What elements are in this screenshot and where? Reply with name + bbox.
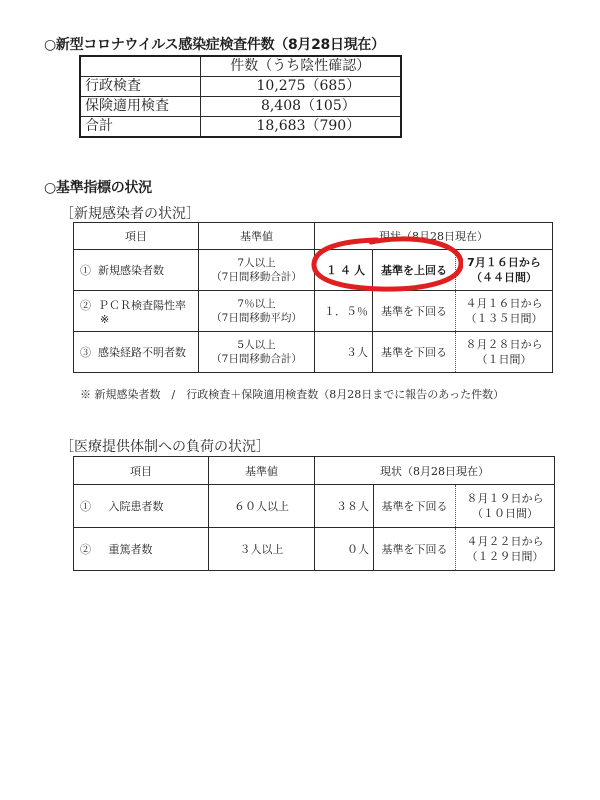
status-label: 基準を下回る xyxy=(373,291,456,332)
current-value: １４人 xyxy=(315,250,373,291)
status-label: 基準を上回る xyxy=(373,250,456,291)
header-standard: 基準値 xyxy=(199,223,315,250)
table-row: 合計 18,683（790） xyxy=(80,117,401,138)
since-cell: ４月２２日から （１２９日間） xyxy=(456,528,555,571)
table-header-row: 項目 基準値 現状（8月28日現在） xyxy=(74,223,553,250)
item-cell: ② ＰＣＲ検査陽性率 ※ xyxy=(74,291,199,332)
table-row: ③ 感染経路不明者数 5人以上 （7日間移動合計） ３人 基準を下回る ８月２８… xyxy=(74,332,553,373)
row-value-admin-test: 10,275（685） xyxy=(200,77,401,97)
item-label: 新規感染者数 xyxy=(98,264,164,277)
standard-note: （7日間移動合計） xyxy=(199,352,314,366)
standard-value: ３人以上 xyxy=(209,528,315,571)
item-cell: ① 入院患者数 xyxy=(74,485,209,528)
section-title-test-counts: ○新型コロナウイルス感染症検査件数（8月28日現在） xyxy=(44,34,385,54)
row-label-insurance-test: 保険適用検査 xyxy=(80,97,200,117)
table-row: ① 入院患者数 ６０人以上 ３８人 基準を下回る ８月１９日から （１０日間） xyxy=(74,485,555,528)
header-item: 項目 xyxy=(74,223,199,250)
since-duration: （１３５日間） xyxy=(456,311,552,326)
status-label: 基準を下回る xyxy=(374,485,456,528)
since-date: 7月１６日から xyxy=(456,255,552,270)
header-current: 現状（8月28日現在） xyxy=(315,223,553,250)
medical-load-table: 項目 基準値 現状（8月28日現在） ① 入院患者数 ６０人以上 ３８人 基準を… xyxy=(73,456,555,571)
standard-value: 7％以上 xyxy=(199,297,314,311)
item-label: ＰＣＲ検査陽性率 xyxy=(98,299,186,312)
since-date: ４月２２日から xyxy=(456,534,554,549)
row-number: ② xyxy=(80,543,91,556)
standard-note: （7日間移動平均） xyxy=(199,311,314,325)
section-title-indicators: ○基準指標の状況 xyxy=(44,177,152,197)
since-date: ８月１９日から xyxy=(456,491,554,506)
row-label-total: 合計 xyxy=(80,117,200,138)
header-current: 現状（8月28日現在） xyxy=(315,457,555,485)
status-label: 基準を下回る xyxy=(374,528,456,571)
row-value-total: 18,683（790） xyxy=(200,117,401,138)
subtitle-medical-load: ［医療提供体制への負荷の状況］ xyxy=(60,436,270,456)
item-cell: ③ 感染経路不明者数 xyxy=(74,332,199,373)
current-value: ３８人 xyxy=(315,485,374,528)
status-label: 基準を下回る xyxy=(373,332,456,373)
since-cell: ８月１９日から （１０日間） xyxy=(456,485,555,528)
item-label: 重篤者数 xyxy=(108,543,152,556)
table-row: ② 重篤者数 ３人以上 ０人 基準を下回る ４月２２日から （１２９日間） xyxy=(74,528,555,571)
item-cell: ① 新規感染者数 xyxy=(74,250,199,291)
since-cell: ４月１６日から （１３５日間） xyxy=(456,291,553,332)
standard-value: ６０人以上 xyxy=(209,485,315,528)
row-number: ③ xyxy=(80,346,91,359)
table-row: ① 新規感染者数 7人以上 （7日間移動合計） １４人 基準を上回る 7月１６日… xyxy=(74,250,553,291)
subtitle-new-infections: ［新規感染者の状況］ xyxy=(60,203,200,223)
new-infections-table: 項目 基準値 現状（8月28日現在） ① 新規感染者数 7人以上 （7日間移動合… xyxy=(73,222,553,373)
standard-cell: 7％以上 （7日間移動平均） xyxy=(199,291,315,332)
item-label: 感染経路不明者数 xyxy=(98,346,186,359)
standard-value: 5人以上 xyxy=(199,338,314,352)
table-header-row: 項目 基準値 現状（8月28日現在） xyxy=(74,457,555,485)
standard-note: （7日間移動合計） xyxy=(199,270,314,284)
header-item: 項目 xyxy=(74,457,209,485)
current-value: ３人 xyxy=(315,332,373,373)
standard-value: 7人以上 xyxy=(199,256,314,270)
table-row: 保険適用検査 8,408（105） xyxy=(80,97,401,117)
since-date: ４月１６日から xyxy=(456,296,552,311)
row-number: ② xyxy=(80,299,91,312)
current-value: ０人 xyxy=(315,528,374,571)
since-duration: （１０日間） xyxy=(456,506,554,521)
standard-cell: 5人以上 （7日間移動合計） xyxy=(199,332,315,373)
since-duration: （４４日間） xyxy=(456,270,552,285)
header-count-negative: 件数（うち陰性確認） xyxy=(200,56,401,77)
current-value: １．５％ xyxy=(315,291,373,332)
footnote: ※ 新規感染者数 / 行政検査＋保険適用検査数（8月28日までに報告のあった件数… xyxy=(80,386,504,402)
since-cell: ８月２８日から （１日間） xyxy=(456,332,553,373)
standard-cell: 7人以上 （7日間移動合計） xyxy=(199,250,315,291)
since-date: ８月２８日から xyxy=(456,337,552,352)
since-duration: （１日間） xyxy=(456,352,552,367)
row-label-admin-test: 行政検査 xyxy=(80,77,200,97)
since-cell: 7月１６日から （４４日間） xyxy=(456,250,553,291)
row-number: ① xyxy=(80,264,91,277)
test-counts-table: 件数（うち陰性確認） 行政検査 10,275（685） 保険適用検査 8,408… xyxy=(79,55,402,138)
table-row: 行政検査 10,275（685） xyxy=(80,77,401,97)
header-blank-cell xyxy=(80,56,200,77)
since-duration: （１２９日間） xyxy=(456,549,554,564)
item-cell: ② 重篤者数 xyxy=(74,528,209,571)
item-label: 入院患者数 xyxy=(108,500,163,513)
row-value-insurance-test: 8,408（105） xyxy=(200,97,401,117)
row-number: ① xyxy=(80,500,91,513)
header-standard: 基準値 xyxy=(209,457,315,485)
table-row: ② ＰＣＲ検査陽性率 ※ 7％以上 （7日間移動平均） １．５％ 基準を下回る … xyxy=(74,291,553,332)
item-note: ※ xyxy=(80,313,198,326)
table-header-row: 件数（うち陰性確認） xyxy=(80,56,401,77)
